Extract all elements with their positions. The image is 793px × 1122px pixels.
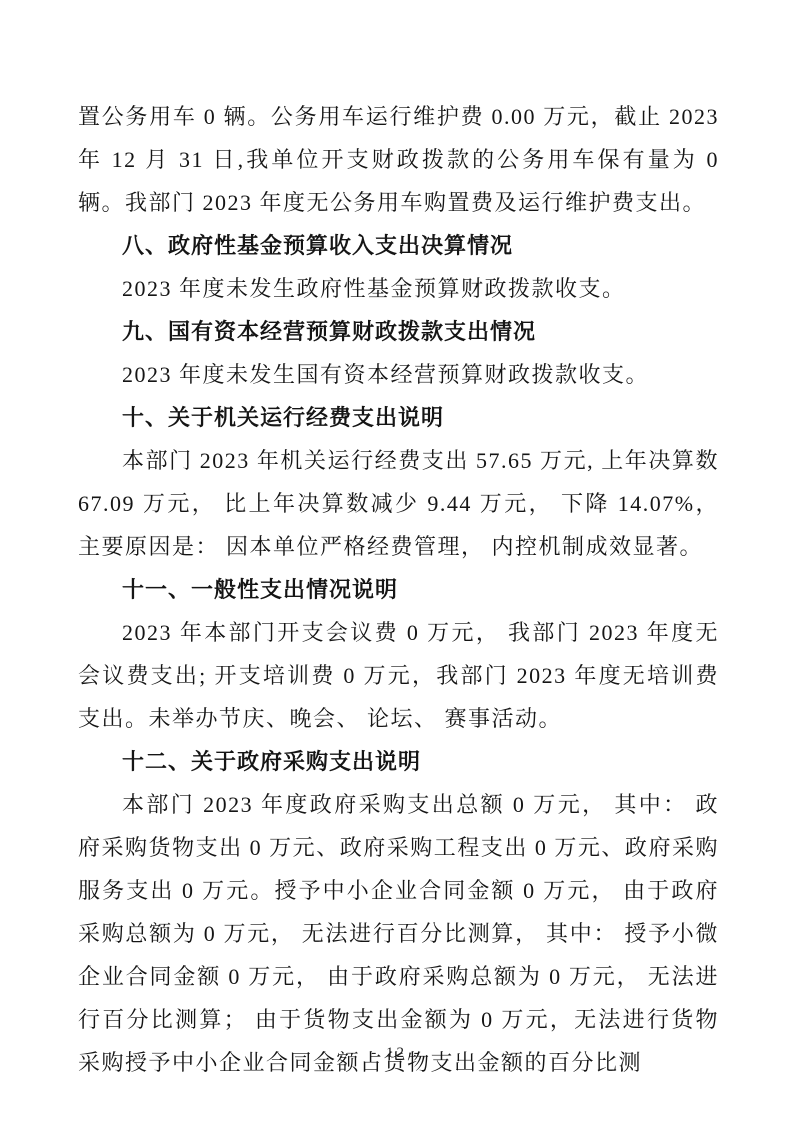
section-heading: 十一、一般性支出情况说明 xyxy=(78,568,719,611)
section-heading: 八、政府性基金预算收入支出决算情况 xyxy=(78,224,719,267)
body-paragraph: 本部门 2023 年机关运行经费支出 57.65 万元, 上年决算数 67.09… xyxy=(78,439,719,568)
page-number: - 12 - xyxy=(0,1045,793,1062)
body-paragraph: 本部门 2023 年度政府采购支出总额 0 万元， 其中： 政府采购货物支出 0… xyxy=(78,783,719,1084)
section-heading: 十二、关于政府采购支出说明 xyxy=(78,740,719,783)
section-heading: 十、关于机关运行经费支出说明 xyxy=(78,396,719,439)
body-paragraph: 置公务用车 0 辆。公务用车运行维护费 0.00 万元，截止 2023 年 12… xyxy=(78,95,719,224)
section-heading: 九、国有资本经营预算财政拨款支出情况 xyxy=(78,310,719,353)
body-paragraph: 2023 年本部门开支会议费 0 万元， 我部门 2023 年度无会议费支出; … xyxy=(78,611,719,740)
body-paragraph: 2023 年度未发生国有资本经营预算财政拨款收支。 xyxy=(78,353,719,396)
document-page: 置公务用车 0 辆。公务用车运行维护费 0.00 万元，截止 2023 年 12… xyxy=(0,0,793,1122)
document-body: 置公务用车 0 辆。公务用车运行维护费 0.00 万元，截止 2023 年 12… xyxy=(78,95,719,1084)
body-paragraph: 2023 年度未发生政府性基金预算财政拨款收支。 xyxy=(78,267,719,310)
